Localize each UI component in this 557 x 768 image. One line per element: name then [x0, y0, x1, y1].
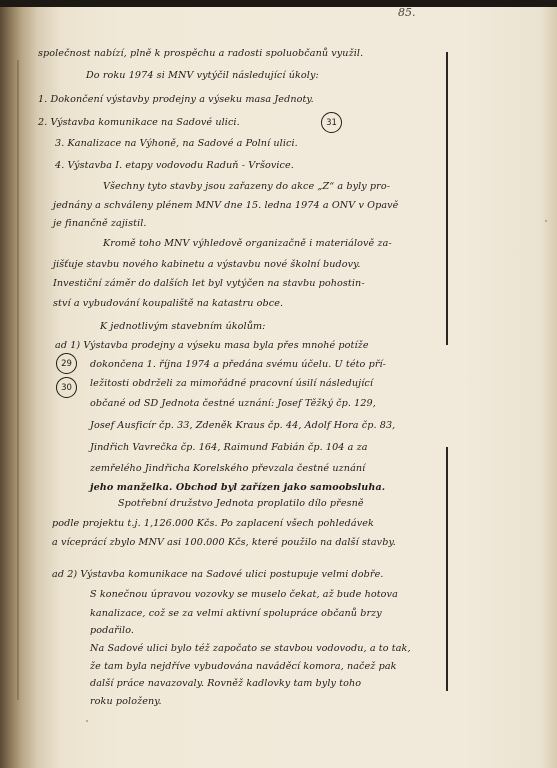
text-line: a víceprácí zbylo MNV asi 100.000 Kčs, k… [52, 537, 396, 548]
text-line: Investiční záměr do dalších let byl vytý… [53, 278, 365, 289]
text-line: Jindřich Vavrečka čp. 164, Raimund Fabiá… [90, 442, 368, 453]
annotation-circle-30: 30 [56, 377, 77, 398]
text-line: občané od SD Jednota čestné uznání: Jose… [90, 398, 376, 409]
text-line: jednány a schváleny plénem MNV dne 15. l… [53, 200, 398, 211]
text-line: další práce navazovaly. Rovněž kadlovky … [90, 678, 361, 689]
book-edge-shadow [0, 0, 557, 7]
text-line: dokončena 1. října 1974 a předána svému … [90, 359, 386, 370]
list-item-4: 4. Výstavba I. etapy vodovodu Raduň - Vr… [55, 160, 294, 171]
text-line: jišťuje stavbu nového kabinetu a výstavb… [53, 259, 361, 270]
margin-rule-lower [446, 617, 448, 691]
text-line: Spotřební družstvo Jednota proplatilo dí… [118, 498, 364, 509]
text-line: Kromě toho MNV výhledově organizačně i m… [103, 238, 392, 249]
annotation-circle-31: 31 [321, 112, 342, 133]
list-item-1: 1. Dokončení výstavby prodejny a výseku … [38, 94, 314, 105]
text-line: společnost nabízí, plně k prospěchu a ra… [38, 48, 363, 59]
text-line: podařilo. [90, 625, 134, 636]
list-item-2: 2. Výstavba komunikace na Sadové ulici. [38, 117, 240, 128]
margin-rule-upper [446, 52, 448, 345]
annotation-circle-29: 29 [56, 353, 77, 374]
text-line: ad 1) Výstavba prodejny a výseku masa by… [55, 340, 369, 351]
margin-rule-middle [446, 447, 448, 617]
text-line: zemřelého Jindřicha Korelského převzala … [90, 463, 365, 474]
text-line: ad 2) Výstavba komunikace na Sadové ulic… [52, 569, 384, 580]
paper-speck [545, 220, 547, 222]
text-line: jeho manželka. Obchod byl zařízen jako s… [90, 482, 385, 493]
text-line: že tam byla nejdříve vybudována naváděcí… [90, 661, 397, 672]
book-spine-crease [17, 60, 19, 700]
text-line: S konečnou úpravou vozovky se muselo ček… [90, 589, 398, 600]
text-line: je finančně zajistil. [53, 218, 147, 229]
text-line: Na Sadové ulici bylo též započato se sta… [90, 643, 411, 654]
page-number: 85. [398, 6, 416, 19]
section-heading: K jednotlivým stavebním úkolům: [100, 321, 266, 332]
text-line: podle projektu t.j. 1,126.000 Kčs. Po za… [52, 518, 374, 529]
paper-speck [86, 720, 88, 722]
text-line: roku položeny. [90, 696, 162, 707]
list-item-3: 3. Kanalizace na Výhoně, na Sadové a Pol… [55, 138, 298, 149]
text-line: Josef Ausficír čp. 33, Zdeněk Kraus čp. … [90, 420, 395, 431]
text-line: Všechny tyto stavby jsou zařazeny do akc… [103, 181, 390, 192]
text-line: ství a vybudování koupaliště na katastru… [53, 298, 283, 309]
text-line: Do roku 1974 si MNV vytýčil následující … [86, 70, 319, 81]
manuscript-page: 85. společnost nabízí, plně k prospěchu … [0, 0, 557, 768]
text-line: kanalizace, což se za velmi aktivní spol… [90, 608, 382, 619]
text-line: ležitosti obdrželi za mimořádné pracovní… [90, 378, 373, 389]
